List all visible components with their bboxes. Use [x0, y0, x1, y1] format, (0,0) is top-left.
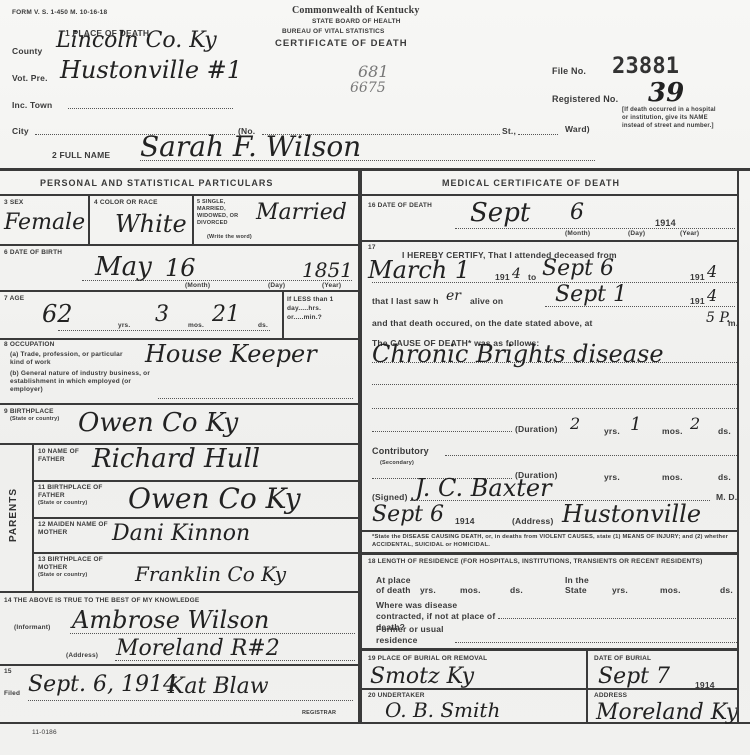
cause-value: Chronic Brights disease [372, 340, 664, 368]
contributory-label: Contributory [372, 446, 429, 456]
inc-town-label: Inc. Town [12, 100, 52, 110]
filed-label: Filed [4, 690, 20, 697]
sex-value: Female [4, 210, 85, 235]
inc-town-field [68, 108, 233, 109]
county-label: County [12, 46, 42, 56]
death-certificate: FORM V. S. 1-450 M. 10-16-18 Commonwealt… [0, 0, 750, 755]
dob-field [82, 280, 352, 281]
age-ds-caption: ds. [258, 322, 268, 329]
burial-date-value: Sept 7 [598, 664, 670, 689]
last-saw-year-suffix: 4 [707, 286, 717, 305]
undertaker-value: O. B. Smith [385, 698, 500, 722]
former-residence-field [455, 642, 737, 643]
birthplace-label: 9 BIRTHPLACE [4, 408, 54, 415]
divider [362, 194, 737, 196]
mother-birthplace-value: Franklin Co Ky [135, 562, 286, 586]
last-saw-text: that I last saw h [372, 296, 439, 306]
full-name-value: Sarah F. Wilson [140, 130, 361, 163]
mother-maiden-label: 12 MAIDEN NAME OF MOTHER [38, 521, 123, 537]
former-residence-label: Former or usual residence [376, 624, 456, 646]
age-months: 3 [155, 302, 169, 327]
divider [0, 403, 358, 405]
divider [0, 290, 358, 292]
sex-label: 3 SEX [4, 199, 23, 206]
dod-field [455, 228, 735, 229]
contributory-field [445, 455, 737, 456]
duration-field [372, 431, 512, 432]
occupation-b-label: (b) General nature of industry business,… [10, 370, 160, 394]
burial-place-value: Smotz Ky [370, 664, 474, 689]
divider [586, 651, 588, 723]
birthplace-note: (State or country) [10, 416, 59, 422]
divider [33, 517, 358, 519]
cause-field-1 [372, 362, 737, 363]
cause-footnote: *State the DISEASE CAUSING DEATH, or, in… [372, 533, 734, 549]
signed-year: 1914 [455, 516, 475, 526]
registered-no-value: 39 [648, 78, 684, 108]
occupation-a-value: House Keeper [145, 340, 317, 368]
marital-note: (Write the word) [207, 234, 252, 240]
md-label: M. D. [716, 492, 737, 502]
divider [33, 552, 358, 554]
informant-address-field [115, 660, 355, 661]
contributory-ds-caption: ds. [718, 472, 731, 482]
contributory-yrs-caption: yrs. [604, 472, 620, 482]
signed-date: Sept 6 [372, 502, 444, 527]
dod-month-caption: (Month) [565, 230, 590, 237]
dob-day-caption: (Day) [268, 282, 285, 289]
margin-note-1: 681 [358, 62, 389, 81]
at-place-mos: mos. [460, 585, 481, 595]
in-state-label: In the State [565, 575, 605, 595]
dob-label: 6 DATE OF BIRTH [4, 249, 62, 256]
city-label: City [12, 126, 29, 136]
divider [0, 244, 358, 246]
attended-to-year-suffix: 4 [707, 262, 717, 281]
residence-label: 18 LENGTH OF RESIDENCE (FOR HOSPITALS, I… [368, 558, 734, 566]
dod-year: 1914 [655, 218, 676, 228]
age-mos-caption: mos. [188, 322, 204, 329]
filed-value: Sept. 6, 1914 [28, 672, 177, 697]
divider [282, 290, 284, 338]
secondary-label: (Secondary) [380, 460, 414, 466]
to-label: to [528, 272, 536, 282]
divider [362, 530, 737, 532]
occurred-text: and that death occured, on the date stat… [372, 318, 593, 328]
informant-field [70, 633, 355, 634]
cause-field-2 [372, 384, 737, 385]
marital-label: 5 SINGLE, MARRIED, WIDOWED, OR DIVORCED [197, 199, 252, 227]
full-name-label: 2 FULL NAME [52, 150, 110, 160]
in-state-mos: mos. [660, 585, 681, 595]
divider [192, 194, 194, 244]
cause-field-3 [372, 408, 737, 409]
state-name: Commonwealth of Kentucky [292, 5, 420, 16]
occupation-a-label: (a) Trade, profession, or particular kin… [10, 351, 135, 367]
dob-year: 1851 [302, 258, 353, 282]
dod-day-caption: (Day) [628, 230, 645, 237]
certificate-title: CERTIFICATE OF DEATH [275, 38, 408, 49]
father-name-value: Richard Hull [92, 444, 260, 474]
divider [0, 168, 750, 171]
in-state-ds: ds. [720, 585, 733, 595]
full-name-field [140, 160, 595, 161]
last-saw-pronoun: er [446, 288, 461, 304]
attended-from-year-suffix: 4 [512, 266, 521, 282]
informant-statement: 14 THE ABOVE IS TRUE TO THE BEST OF MY K… [4, 597, 199, 604]
dob-year-caption: (Year) [322, 282, 341, 289]
duration-mos-caption: mos. [662, 426, 683, 436]
alive-on-text: alive on [470, 296, 503, 306]
informant-label: (Informant) [14, 624, 51, 631]
dob-month: May [95, 252, 152, 282]
undertaker-address-label: ADDRESS [594, 692, 627, 699]
last-saw-date: Sept 1 [555, 282, 627, 307]
informant-value: Ambrose Wilson [72, 606, 269, 634]
age-years: 62 [42, 300, 73, 328]
dod-month: Sept [470, 198, 530, 228]
at-place-yrs: yrs. [420, 585, 436, 595]
medical-section-title: MEDICAL CERTIFICATE OF DEATH [442, 178, 620, 188]
in-state-yrs: yrs. [612, 585, 628, 595]
informant-address-label: (Address) [66, 652, 98, 659]
registrar-value: Kat Blaw [168, 674, 269, 699]
dod-year-caption: (Year) [680, 230, 699, 237]
death-time: 5 P. [706, 310, 730, 326]
last-saw-field [545, 306, 735, 307]
filed-number: 15 [4, 668, 12, 675]
age-yrs-caption: yrs. [118, 322, 130, 329]
occupation-label: 8 OCCUPATION [4, 341, 55, 348]
footer-code: 11-0186 [32, 729, 57, 736]
at-place-ds: ds. [510, 585, 523, 595]
duration-ds: 2 [690, 414, 700, 433]
contributory-mos-caption: mos. [662, 472, 683, 482]
attended-to-year-prefix: 191 [690, 272, 705, 282]
st-label: St., [502, 126, 516, 136]
duration-ds-caption: ds. [718, 426, 731, 436]
mother-birthplace-label: 13 BIRTHPLACE OF MOTHER [38, 556, 123, 571]
dod-day: 6 [570, 200, 584, 225]
duration-yrs: 2 [570, 414, 580, 433]
signed-label: (Signed) [372, 492, 408, 502]
color-label: 4 COLOR OR RACE [94, 199, 158, 206]
burial-date-label: DATE OF BURIAL [594, 655, 651, 662]
divider [0, 591, 358, 593]
divider [362, 648, 737, 651]
mother-maiden-value: Dani Kinnon [112, 521, 250, 546]
age-label: 7 AGE [4, 295, 24, 302]
contracted-field [498, 618, 736, 619]
undertaker-address-value: Moreland Ky [596, 700, 738, 725]
vot-pre-label: Vot. Pre. [12, 73, 48, 83]
filed-field [28, 700, 353, 701]
dob-day: 16 [165, 254, 196, 282]
burial-place-label: 19 PLACE OF BURIAL OR REMOVAL [368, 655, 487, 662]
divider [0, 194, 358, 196]
occupation-b-field [158, 398, 353, 399]
informant-address-value: Moreland R#2 [116, 636, 280, 661]
age-days: 21 [212, 302, 240, 327]
board-name: STATE BOARD OF HEALTH [312, 18, 401, 25]
mother-birthplace-note: (State or country) [38, 572, 87, 578]
duration-yrs-caption: yrs. [604, 426, 620, 436]
personal-section-title: PERSONAL AND STATISTICAL PARTICULARS [40, 178, 273, 188]
father-birthplace-label: 11 BIRTHPLACE OF FATHER [38, 484, 123, 499]
right-border [737, 168, 739, 723]
father-birthplace-note: (State or country) [38, 500, 87, 506]
hospital-note: [If death occurred in a hospital or inst… [622, 106, 722, 130]
age-field [58, 330, 270, 331]
form-number: FORM V. S. 1-450 M. 10-16-18 [12, 9, 107, 16]
physician-address-value: Hustonville [562, 500, 701, 528]
column-divider [358, 168, 362, 723]
signed-value: J. C. Baxter [415, 474, 552, 502]
attended-from: March 1 [368, 256, 470, 284]
father-name-label: 10 NAME OF FATHER [38, 448, 93, 464]
certify-number: 17 [368, 244, 376, 251]
divider [362, 240, 737, 242]
attended-to: Sept 6 [542, 256, 614, 281]
color-value: White [115, 210, 187, 238]
divider [362, 552, 737, 555]
parents-side-label: PARENTS [8, 488, 19, 542]
registrar-label: REGISTRAR [302, 710, 336, 716]
birthplace-value: Owen Co Ky [78, 408, 238, 438]
physician-address-label: (Address) [512, 516, 553, 526]
duration-mos: 1 [630, 414, 641, 435]
dob-month-caption: (Month) [185, 282, 210, 289]
divider [362, 688, 737, 690]
dod-label: 16 DATE OF DEATH [368, 202, 432, 209]
bureau-name: BUREAU OF VITAL STATISTICS [282, 28, 385, 35]
file-no-value: 23881 [612, 54, 679, 79]
margin-note-2: 6675 [350, 80, 386, 96]
at-place-label: At place of death [376, 575, 421, 595]
ward-label: Ward) [565, 124, 590, 134]
last-saw-year-prefix: 191 [690, 296, 705, 306]
divider [88, 194, 90, 244]
ward-field [518, 134, 558, 135]
file-no-label: File No. [552, 66, 586, 76]
duration-label: (Duration) [515, 424, 558, 434]
registered-no-label: Registered No. [552, 94, 618, 104]
attended-from-year-prefix: 191 [495, 272, 510, 282]
less-than-day-label: If LESS than 1 day.....hrs. or.....min.? [287, 295, 355, 322]
father-birthplace-value: Owen Co Ky [128, 482, 301, 515]
marital-value: Married [256, 200, 347, 225]
county-value: Lincoln Co. Ky [56, 28, 217, 53]
divider [0, 664, 358, 666]
vot-pre-value: Hustonville #1 [60, 56, 242, 84]
